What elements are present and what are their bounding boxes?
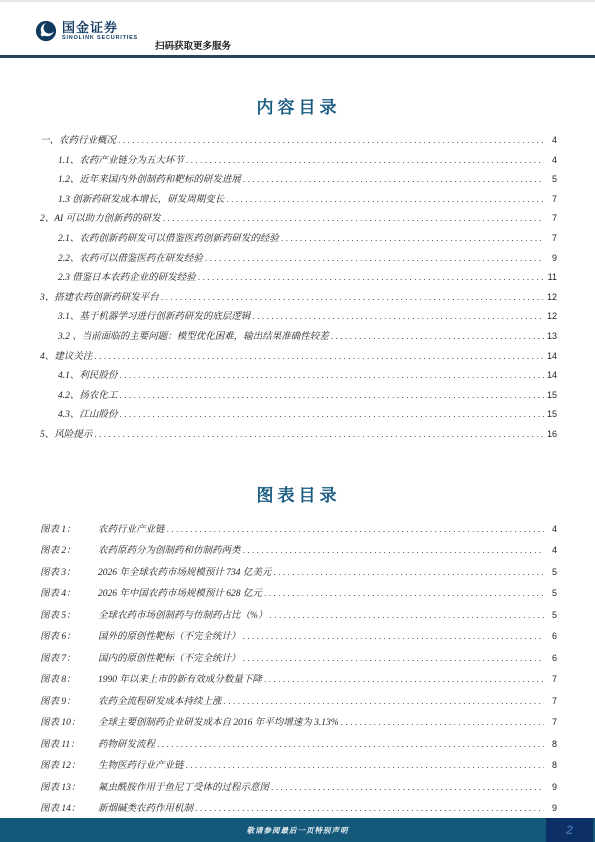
dot-leader	[186, 151, 544, 171]
dot-leader	[243, 626, 544, 648]
figure-entry-number: 图表 12：	[40, 756, 98, 777]
figure-entry-number: 图表 4：	[40, 584, 98, 605]
figure-entry-title: 新烟碱类农药作用机制	[98, 799, 193, 820]
toc-entry[interactable]: 2.1、农药创新药研发可以借鉴医药创新药研发的经验 7	[40, 229, 557, 249]
page-number-badge: 2	[546, 818, 593, 842]
dot-leader	[94, 425, 544, 445]
figure-entry-page: 9	[547, 798, 557, 819]
toc-entry-label: 1.1、农药产业链分为五大环节	[58, 152, 184, 171]
figure-entry-page: 4	[547, 540, 557, 561]
figure-entry-page: 6	[547, 648, 557, 669]
sinolink-logo-icon	[35, 20, 57, 42]
figure-toc-entry[interactable]: 图表 2： 农药原药分为创制药和仿制药两类 4	[40, 540, 557, 562]
toc-entry[interactable]: 3、搭建农药创新药研发平台 12	[40, 288, 557, 308]
brand: 国金证券 SINOLINK SECURITIES	[35, 20, 138, 42]
figure-entry-title: 氟虫酰胺作用于鱼尼丁受体的过程示意图	[98, 778, 269, 799]
dot-leader	[161, 288, 544, 308]
figure-entry-title: 药物研发流程	[98, 735, 155, 756]
figure-toc-list: 图表 1： 农药行业产业链 4 图表 2： 农药原药分为创制药和仿制药两类 4 …	[40, 519, 557, 820]
toc-entry[interactable]: 4.3、江山股份 15	[40, 405, 557, 425]
figure-entry-number: 图表 14：	[40, 799, 98, 820]
toc-entry-page: 15	[547, 405, 557, 424]
figure-entry-title: 农药全流程研发成本持续上涨	[98, 692, 222, 713]
toc-entry[interactable]: 3.2 、当前面临的主要问题：模型优化困难，输出结果准确性较差 13	[40, 327, 557, 347]
header-tagline: 扫码获取更多服务	[155, 38, 231, 52]
toc-entry-page: 11	[547, 268, 557, 287]
toc-entry-label: 3.1、基于机器学习进行创新药研发的底层逻辑	[58, 308, 250, 327]
dot-leader	[264, 583, 544, 605]
figure-toc-title: 图表目录	[40, 481, 557, 506]
toc-entry-label: 一、农药行业概况	[40, 132, 116, 151]
toc-entry-page: 12	[547, 288, 557, 307]
figure-toc-entry[interactable]: 图表 14： 新烟碱类农药作用机制 9	[40, 798, 557, 820]
figure-entry-title: 2026 年全球农药市场规模预计 734 亿美元	[98, 563, 271, 584]
toc-entry[interactable]: 2.2、农药可以借鉴医药在研发经验 9	[40, 249, 557, 269]
dot-leader	[243, 540, 544, 562]
figure-toc-entry[interactable]: 图表 10： 全球主要创制药企业研发成本自 2016 年平均增速为 3.13% …	[40, 712, 557, 734]
figure-entry-number: 图表 1：	[40, 520, 98, 541]
toc-entry-page: 15	[547, 386, 557, 405]
figure-entry-number: 图表 3：	[40, 563, 98, 584]
dot-leader	[119, 405, 544, 425]
figure-entry-page: 8	[547, 734, 557, 755]
content-toc-list: 一、农药行业概况 4 1.1、农药产业链分为五大环节 4 1.2、近年来国内外创…	[40, 131, 557, 445]
content-toc-title: 内容目录	[40, 93, 557, 118]
figure-entry-title: 1990 年以来上市的新有效成分数量下降	[98, 670, 262, 691]
figure-entry-number: 图表 2：	[40, 541, 98, 562]
dot-leader	[167, 519, 544, 541]
dot-leader	[271, 777, 544, 799]
toc-entry-page: 5	[547, 170, 557, 189]
toc-entry-page: 16	[547, 425, 557, 444]
figure-entry-title: 全球主要创制药企业研发成本自 2016 年平均增速为 3.13%	[98, 713, 339, 734]
toc-entry-page: 4	[547, 131, 557, 150]
figure-toc-entry[interactable]: 图表 8： 1990 年以来上市的新有效成分数量下降 7	[40, 669, 557, 691]
dot-leader	[273, 562, 544, 584]
toc-entry-page: 7	[547, 209, 557, 228]
toc-entry-label: 3、搭建农药创新药研发平台	[40, 289, 159, 308]
figure-entry-page: 5	[547, 605, 557, 626]
page-content: 内容目录 一、农药行业概况 4 1.1、农药产业链分为五大环节 4 1.2、近年…	[40, 57, 557, 820]
figure-toc-entry[interactable]: 图表 1： 农药行业产业链 4	[40, 519, 557, 541]
figure-entry-page: 7	[547, 669, 557, 690]
dot-leader	[226, 190, 544, 210]
figure-entry-title: 农药原药分为创制药和仿制药两类	[98, 541, 241, 562]
figure-entry-page: 4	[547, 519, 557, 540]
toc-entry-label: 1.2、近年来国内外创制药和靶标的研发进展	[58, 171, 241, 190]
figure-entry-title: 2026 年中国农药市场规模预计 628 亿元	[98, 584, 262, 605]
toc-entry-label: 2.1、农药创新药研发可以借鉴医药创新药研发的经验	[58, 230, 279, 249]
figure-toc-entry[interactable]: 图表 7： 国内的原创性靶标（不完全统计） 6	[40, 648, 557, 670]
dot-leader	[331, 327, 544, 347]
dot-leader	[252, 307, 544, 327]
dot-leader	[119, 386, 544, 406]
figure-entry-page: 9	[547, 777, 557, 798]
figure-toc-entry[interactable]: 图表 4： 2026 年中国农药市场规模预计 628 亿元 5	[40, 583, 557, 605]
figure-entry-number: 图表 11：	[40, 735, 98, 756]
toc-entry[interactable]: 一、农药行业概况 4	[40, 131, 557, 151]
toc-entry-page: 9	[547, 249, 557, 268]
figure-toc-entry[interactable]: 图表 5： 全球农药市场创制药与仿制药占比（%） 5	[40, 605, 557, 627]
toc-entry-page: 14	[547, 366, 557, 385]
figure-entry-number: 图表 8：	[40, 670, 98, 691]
toc-entry[interactable]: 4.1、利民股份 14	[40, 366, 557, 386]
toc-entry-label: 4.3、江山股份	[58, 406, 117, 425]
toc-entry-label: 3.2 、当前面临的主要问题：模型优化困难，输出结果准确性较差	[58, 328, 329, 347]
figure-entry-title: 全球农药市场创制药与仿制药占比（%）	[98, 606, 267, 627]
figure-entry-number: 图表 10：	[40, 713, 98, 734]
figure-entry-number: 图表 13：	[40, 778, 98, 799]
dot-leader	[186, 755, 544, 777]
toc-entry[interactable]: 4.2、扬农化工 15	[40, 386, 557, 406]
toc-entry[interactable]: 1.3 创新药研发成本增长，研发周期变长 7	[40, 190, 557, 210]
dot-leader	[118, 131, 544, 151]
toc-entry-page: 7	[547, 190, 557, 209]
toc-entry-label: 2.3 借鉴日本农药企业的研发经验	[58, 269, 196, 288]
page-footer: 敬请参阅最后一页特别声明 2	[0, 818, 595, 842]
brand-text: 国金证券 SINOLINK SECURITIES	[62, 21, 138, 42]
figure-entry-number: 图表 9：	[40, 692, 98, 713]
toc-entry-label: 4.1、利民股份	[58, 367, 117, 386]
dot-leader	[281, 229, 544, 249]
figure-entry-page: 5	[547, 583, 557, 604]
dot-leader	[269, 605, 544, 627]
dot-leader	[264, 669, 544, 691]
figure-toc-entry[interactable]: 图表 9： 农药全流程研发成本持续上涨 7	[40, 691, 557, 713]
figure-entry-number: 图表 5：	[40, 606, 98, 627]
figure-toc-entry[interactable]: 图表 13： 氟虫酰胺作用于鱼尼丁受体的过程示意图 9	[40, 777, 557, 799]
footer-disclaimer: 敬请参阅最后一页特别声明	[247, 825, 349, 836]
figure-entry-page: 5	[547, 562, 557, 583]
toc-entry-page: 12	[547, 307, 557, 326]
figure-entry-title: 国外的原创性靶标（不完全统计）	[98, 627, 241, 648]
report-page: 国金证券 SINOLINK SECURITIES 扫码获取更多服务 内容目录 一…	[0, 0, 595, 842]
brand-subtitle: SINOLINK SECURITIES	[62, 36, 138, 42]
brand-name: 国金证券	[62, 21, 138, 34]
dot-leader	[195, 798, 544, 820]
toc-entry[interactable]: 2、AI 可以助力创新药的研发 7	[40, 209, 557, 229]
dot-leader	[94, 347, 544, 367]
dot-leader	[224, 691, 544, 713]
toc-entry[interactable]: 1.2、近年来国内外创制药和靶标的研发进展 5	[40, 170, 557, 190]
dot-leader	[205, 249, 544, 269]
figure-toc-entry[interactable]: 图表 3： 2026 年全球农药市场规模预计 734 亿美元 5	[40, 562, 557, 584]
figure-toc-entry[interactable]: 图表 12： 生物医药行业产业链 8	[40, 755, 557, 777]
figure-toc-entry[interactable]: 图表 11： 药物研发流程 8	[40, 734, 557, 756]
figure-entry-page: 7	[547, 712, 557, 733]
figure-toc-entry[interactable]: 图表 6： 国外的原创性靶标（不完全统计） 6	[40, 626, 557, 648]
figure-entry-page: 8	[547, 755, 557, 776]
toc-entry-label: 5、风险提示	[40, 426, 92, 445]
toc-entry-page: 14	[547, 347, 557, 366]
figure-entry-title: 农药行业产业链	[98, 520, 165, 541]
toc-entry-label: 1.3 创新药研发成本增长，研发周期变长	[58, 191, 224, 210]
toc-entry[interactable]: 2.3 借鉴日本农药企业的研发经验 11	[40, 268, 557, 288]
dot-leader	[243, 648, 544, 670]
figure-entry-number: 图表 7：	[40, 649, 98, 670]
dot-leader	[157, 734, 544, 756]
figure-entry-page: 6	[547, 626, 557, 647]
figure-entry-page: 7	[547, 691, 557, 712]
dot-leader	[163, 209, 544, 229]
figure-entry-title: 生物医药行业产业链	[98, 756, 184, 777]
figure-entry-title: 国内的原创性靶标（不完全统计）	[98, 649, 241, 670]
toc-entry-page: 7	[547, 229, 557, 248]
dot-leader	[243, 170, 544, 190]
toc-entry[interactable]: 1.1、农药产业链分为五大环节 4	[40, 151, 557, 171]
toc-entry-page: 13	[547, 327, 557, 346]
toc-entry-label: 4、建议关注	[40, 348, 92, 367]
dot-leader	[341, 712, 544, 734]
dot-leader	[198, 268, 544, 288]
toc-entry[interactable]: 4、建议关注 14	[40, 347, 557, 367]
dot-leader	[119, 366, 544, 386]
toc-entry-label: 2、AI 可以助力创新药的研发	[40, 210, 161, 229]
toc-entry-page: 4	[547, 151, 557, 170]
toc-entry-label: 4.2、扬农化工	[58, 387, 117, 406]
toc-entry[interactable]: 3.1、基于机器学习进行创新药研发的底层逻辑 12	[40, 307, 557, 327]
toc-entry-label: 2.2、农药可以借鉴医药在研发经验	[58, 250, 203, 269]
toc-entry[interactable]: 5、风险提示 16	[40, 425, 557, 445]
figure-entry-number: 图表 6：	[40, 627, 98, 648]
